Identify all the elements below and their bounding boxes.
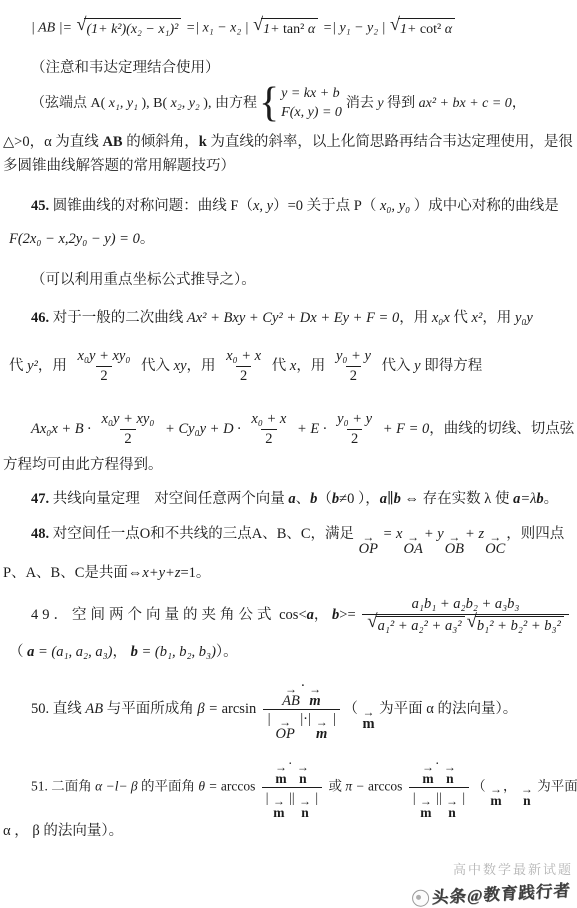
watermark-logo-icon <box>412 889 430 907</box>
watermark-background-text: 高中数学最新试题 <box>453 860 573 879</box>
para-delta-1: △>0，α 为直线 AB 的倾斜角，k 为直线的斜率，以上化简思路再结合韦达定理… <box>3 133 575 152</box>
formula-45: F(2x₀ − x,2y₀ − y) = 0。 <box>3 230 575 249</box>
vector-OC: →OC <box>485 533 505 556</box>
fraction: y₀ + y2 <box>333 411 376 448</box>
item-49-line1: 49．空间两个向量的夹角公式 cos<a， b>= a₁b₁ + a₂b₂ + … <box>3 596 575 635</box>
item-49-line2: （ a = (a₁, a₂, a₃)， b = (b₁, b₂, b₃)）。 <box>3 643 575 662</box>
radical-sign: √ <box>367 613 377 632</box>
fraction: y₀ + y2 <box>332 348 375 385</box>
item-46-line2: 代 y²，用 x₀y + xy₀2 代入 xy，用 x₀ + x2 代 x，用 … <box>3 348 575 385</box>
formula-46: Ax₀x + B · x₀y + xy₀2 + Cy₀y + D · x₀ + … <box>3 411 575 448</box>
document-page: | AB |= √(1+ k²)(x₂ − x₁)² =| x₁ − x₂ | … <box>0 0 577 908</box>
vector-m: →m <box>316 718 328 741</box>
radical-sign: √ <box>77 15 87 33</box>
system-of-equations: {y = kx + bF(x, y) = 0 <box>259 85 342 123</box>
fraction: →m· →n| →m || →n | <box>409 755 469 820</box>
fraction: x₀y + xy₀2 <box>98 411 159 448</box>
radical: √(1+ k²)(x₂ − x₁)² <box>77 18 182 39</box>
vector-OB: →OB <box>445 533 464 556</box>
vector-m: →m <box>490 785 502 808</box>
vector-n: →n <box>297 763 309 786</box>
vector-n: →n <box>299 797 311 820</box>
note-vieta: （注意和韦达定理结合使用） <box>3 59 575 78</box>
vector-AB: →AB <box>282 685 300 708</box>
item-51-line1: 51. 二面角 α −l− β 的平面角 θ = arccos →m· →n| … <box>3 755 575 820</box>
item-47: 47. 共线向量定理 对空间任意两个向量 a、b（b≠0 ），a∥b ⇔ 存在实… <box>3 490 575 509</box>
item-46-line1: 46. 对于一般的二次曲线 Ax² + Bxy + Cy² + Dx + Ey … <box>3 309 575 328</box>
brace-glyph: { <box>259 85 279 123</box>
vector-m: →m <box>309 685 321 708</box>
radical-sign: √ <box>390 15 400 33</box>
item-45: 45. 圆锥曲线的对称问题：曲线 F（x, y）=0 关于点 P（ x₀, y₀… <box>3 197 575 216</box>
watermark: 高中数学最新试题 头条@教育践行者 <box>345 860 575 906</box>
vector-n: →n <box>446 797 458 820</box>
item-46-tail: 方程均可由此方程得到。 <box>3 456 575 475</box>
vector-OP: →OP <box>359 533 378 556</box>
para-chord-endpoints: （弦端点 A( x₁, y₁ ), B( x₂, y₂ ), 由方程{y = k… <box>3 85 575 123</box>
item-50: 50. 直线 AB 与平面所成角 β = arcsin →AB· →m| →OP… <box>3 678 575 741</box>
vector-m: →m <box>273 797 285 820</box>
radical: √1+ cot² α <box>390 18 455 39</box>
item-48-line2: P、A、B、C是共面⇔x+y+z=1。 <box>3 564 575 583</box>
vector-n: →n <box>521 785 533 808</box>
fraction: x₀ + x2 <box>222 348 265 385</box>
item-48-line1: 48. 对空间任一点O和不共线的三点A、B、C，满足 →OP = x→OA+ y… <box>3 525 575 556</box>
vector-OP: →OP <box>275 718 294 741</box>
vector-m: →m <box>422 763 434 786</box>
watermark-text: 头条@教育践行者 <box>432 881 572 907</box>
radical-sign: √ <box>467 613 477 632</box>
note-45: （可以利用重点坐标公式推导之）。 <box>3 271 575 290</box>
radical: √a₁² + a₂² + a₃² <box>367 616 464 635</box>
fraction: →m· →n| →m || →n | <box>262 755 322 820</box>
vector-m: →m <box>420 797 432 820</box>
fraction: →AB· →m| →OP |·| →m | <box>263 678 340 741</box>
item-51-line2: α ， β 的法向量）。 <box>3 822 575 841</box>
vector-OA: →OA <box>404 533 423 556</box>
formula-chord-length: | AB |= √(1+ k²)(x₂ − x₁)² =| x₁ − x₂ | … <box>3 18 575 39</box>
vector-n: →n <box>444 763 456 786</box>
para-delta-2: 多圆锥曲线解答题的常用解题技巧） <box>3 157 575 176</box>
fraction: x₀ + x2 <box>247 411 290 448</box>
radical: √1+ tan² α <box>253 18 318 39</box>
radical: √b₁² + b₂² + b₃² <box>467 616 564 635</box>
fraction: a₁b₁ + a₂b₂ + a₃b₃√a₁² + a₂² + a₃²√b₁² +… <box>362 596 569 635</box>
vector-m: →m <box>275 763 287 786</box>
vector-m: →m <box>362 708 374 731</box>
fraction: x₀y + xy₀2 <box>74 348 135 385</box>
radical-sign: √ <box>253 15 263 33</box>
